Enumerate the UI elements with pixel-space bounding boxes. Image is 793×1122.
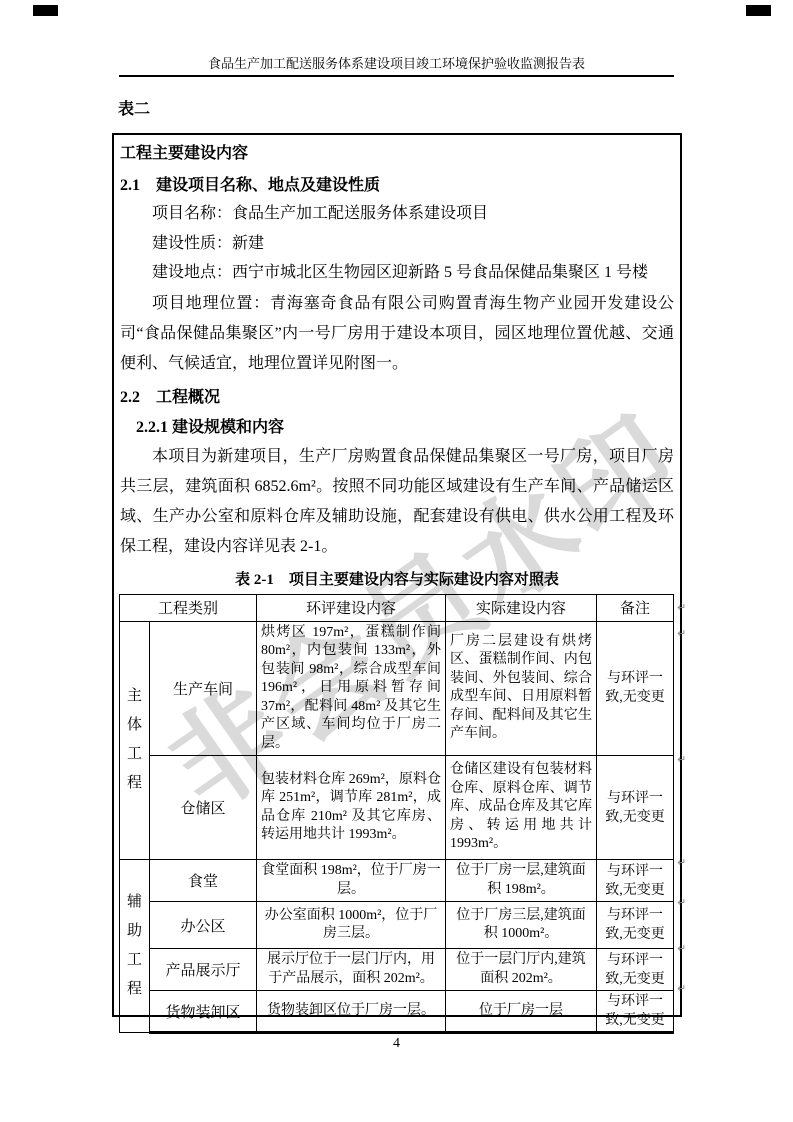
column-header-category: 工程类别 bbox=[120, 594, 257, 621]
comparison-table-title: 表 2-1 项目主要建设内容与实际建设内容对照表 bbox=[120, 568, 674, 592]
table-row: 产品展示厅 展示厅位于一层门厅内，用于产品展示，面积 202m²。 位于一层门厅… bbox=[120, 949, 674, 991]
subcategory-cell: 生产车间 bbox=[150, 621, 257, 756]
return-mark-icon: ↵ bbox=[677, 896, 686, 909]
actual-content-cell: 位于一层门厅内,建筑面积 202m²。 bbox=[446, 949, 597, 991]
actual-content-cell: 位于厂房一层,建筑面积 198m²。 bbox=[446, 860, 597, 902]
heading-2-1: 2.1 建设项目名称、地点及建设性质 bbox=[120, 173, 674, 199]
return-mark-icon: ↵ bbox=[677, 856, 686, 869]
actual-content-cell: 仓储区建设有包装材料仓库、原料仓库、调节库、成品仓库及其它库房、转运用地共计 1… bbox=[446, 756, 597, 860]
heading-2-2-1: 2.2.1 建设规模和内容 bbox=[136, 415, 674, 441]
eia-content-cell: 烘烤区 197m²，蛋糕制作间80m²，内包装间 133m²，外包装间 98m²… bbox=[257, 621, 446, 756]
return-mark-icon: ↵ bbox=[677, 753, 686, 766]
remark-cell: 与环评一致,无变更 bbox=[597, 756, 674, 860]
eia-content-cell: 食堂面积 198m²，位于厂房一层。 bbox=[257, 860, 446, 902]
construction-site-line: 建设地点：西宁市城北区生物园区迎新路 5 号食品保健品集聚区 1 号楼 bbox=[120, 258, 674, 288]
eia-content-cell: 办公室面积 1000m²，位于厂房三层。 bbox=[257, 902, 446, 949]
subcategory-cell: 产品展示厅 bbox=[150, 949, 257, 991]
eia-content-cell: 展示厅位于一层门厅内，用于产品展示，面积 202m²。 bbox=[257, 949, 446, 991]
column-header-remark: 备注 bbox=[597, 594, 674, 621]
remark-cell: 与环评一致,无变更 bbox=[597, 949, 674, 991]
actual-content-cell: 位于厂房三层,建筑面积 1000m²。 bbox=[446, 902, 597, 949]
subcategory-cell: 食堂 bbox=[150, 860, 257, 902]
header-underline bbox=[119, 75, 674, 77]
subcategory-cell: 办公区 bbox=[150, 902, 257, 949]
group-cell-auxiliary-works: 辅助工程 bbox=[120, 860, 150, 1033]
group-label-auxiliary-works: 辅助工程 bbox=[127, 888, 143, 1004]
subcategory-cell: 仓储区 bbox=[150, 756, 257, 860]
table-row: 货物装卸区 货物装卸区位于厂房一层。 位于厂房一层 与环评一致,无变更 bbox=[120, 991, 674, 1033]
remark-cell: 与环评一致,无变更 bbox=[597, 860, 674, 902]
column-header-actual: 实际建设内容 bbox=[446, 594, 597, 621]
return-mark-icon: ↵ bbox=[677, 627, 686, 640]
scan-mark-top-left bbox=[33, 5, 58, 16]
document-header-title: 食品生产加工配送服务体系建设项目竣工环境保护验收监测报告表 bbox=[0, 53, 793, 72]
geographic-location-paragraph: 项目地理位置：青海塞奇食品有限公司购置青海生物产业园开发建设公司“食品保健品集聚… bbox=[120, 289, 674, 379]
content-box: 工程主要建设内容 2.1 建设项目名称、地点及建设性质 项目名称：食品生产加工配… bbox=[112, 133, 682, 1017]
group-label-main-works: 主体工程 bbox=[127, 682, 143, 798]
page-number: 4 bbox=[0, 1036, 793, 1052]
construction-comparison-table: 工程类别 环评建设内容 实际建设内容 备注 主体工程 生产车间 烘烤区 197m… bbox=[119, 594, 674, 1035]
remark-cell: 与环评一致,无变更 bbox=[597, 902, 674, 949]
remark-cell: 与环评一致,无变更 bbox=[597, 621, 674, 756]
scan-mark-top-right bbox=[746, 5, 771, 16]
eia-content-cell: 包装材料仓库 269m²，原料仓库 251m²，调节库 281m²，成品仓库 2… bbox=[257, 756, 446, 860]
construction-nature-line: 建设性质：新建 bbox=[120, 229, 674, 259]
actual-content-cell: 位于厂房一层 bbox=[446, 991, 597, 1033]
column-header-eia: 环评建设内容 bbox=[257, 594, 446, 621]
table-row: 办公区 办公室面积 1000m²，位于厂房三层。 位于厂房三层,建筑面积 100… bbox=[120, 902, 674, 949]
group-cell-main-works: 主体工程 bbox=[120, 621, 150, 860]
heading-2-2: 2.2 工程概况 bbox=[120, 385, 674, 411]
project-name-line: 项目名称：食品生产加工配送服务体系建设项目 bbox=[120, 199, 674, 229]
eia-content-cell: 货物装卸区位于厂房一层。 bbox=[257, 991, 446, 1033]
table-row: 主体工程 生产车间 烘烤区 197m²，蛋糕制作间80m²，内包装间 133m²… bbox=[120, 621, 674, 756]
subcategory-cell: 货物装卸区 bbox=[150, 991, 257, 1033]
table-row: 辅助工程 食堂 食堂面积 198m²，位于厂房一层。 位于厂房一层,建筑面积 1… bbox=[120, 860, 674, 902]
return-mark-icon: ↵ bbox=[677, 982, 686, 995]
box-section-title: 工程主要建设内容 bbox=[120, 141, 674, 167]
construction-scale-paragraph: 本项目为新建项目，生产厂房购置食品保健品集聚区一号厂房，项目厂房共三层，建筑面积… bbox=[120, 442, 674, 562]
table-header-row: 工程类别 环评建设内容 实际建设内容 备注 bbox=[120, 594, 674, 621]
table-row: 仓储区 包装材料仓库 269m²，原料仓库 251m²，调节库 281m²，成品… bbox=[120, 756, 674, 860]
actual-content-cell: 厂房二层建设有烘烤区、蛋糕制作间、内包装间、外包装间、综合成型车间、日用原料暂存… bbox=[446, 621, 597, 756]
remark-cell: 与环评一致,无变更 bbox=[597, 991, 674, 1033]
return-mark-icon: ↵ bbox=[677, 601, 686, 614]
table-two-label: 表二 bbox=[118, 96, 150, 119]
return-mark-icon: ↵ bbox=[677, 942, 686, 955]
